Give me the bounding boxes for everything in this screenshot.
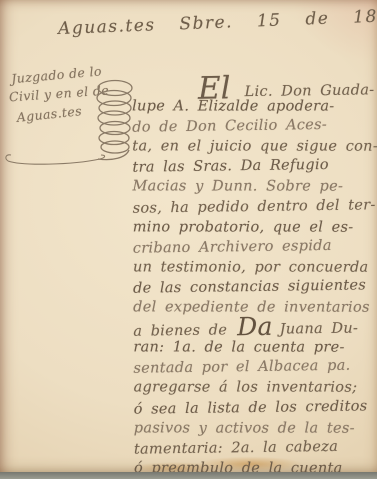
manuscript-line: ElLic. Don Guada- — [132, 74, 374, 97]
manuscript-line: de las constancias siguientes — [133, 275, 375, 298]
manuscript-line: mino probatorio, que el es- — [133, 217, 375, 237]
scan-edge-bottom — [0, 472, 377, 479]
manuscript-line: lupe A. Elizalde apodera- — [132, 96, 374, 116]
manuscript-line: do de Don Cecilio Aces- — [132, 115, 374, 138]
manuscript-line: tra las Sras. Da Refugio — [132, 155, 374, 178]
manuscript-line: a bienes deDaJuana Du- — [133, 315, 375, 338]
manuscript-line: tamentaria: 2a. la cabeza — [134, 436, 376, 459]
scanned-manuscript: Aguas.tes Sbre. 15 de 1865. Juzgado de l… — [0, 0, 377, 479]
manuscript-line: sos, ha pedido dentro del ter- — [133, 195, 375, 218]
spiral-rubric-icon — [2, 62, 147, 177]
letter-body: ElLic. Don Guada- lupe A. Elizalde apode… — [132, 75, 376, 478]
manuscript-line: ó sea la lista de los creditos — [134, 396, 376, 419]
manuscript-line: Macias y Dunn. Sobre pe- — [133, 177, 375, 197]
manuscript-line: cribano Archivero espida — [133, 235, 375, 258]
line-text: Juana Du- — [280, 321, 359, 338]
manuscript-line: pasivos y activos de la tes- — [134, 418, 376, 438]
manuscript-line: sentada por el Albacea pa. — [133, 356, 375, 379]
manuscript-line: un testimonio, por concuerda — [133, 257, 375, 277]
manuscript-line: agregarse á los inventarios; — [134, 378, 376, 398]
